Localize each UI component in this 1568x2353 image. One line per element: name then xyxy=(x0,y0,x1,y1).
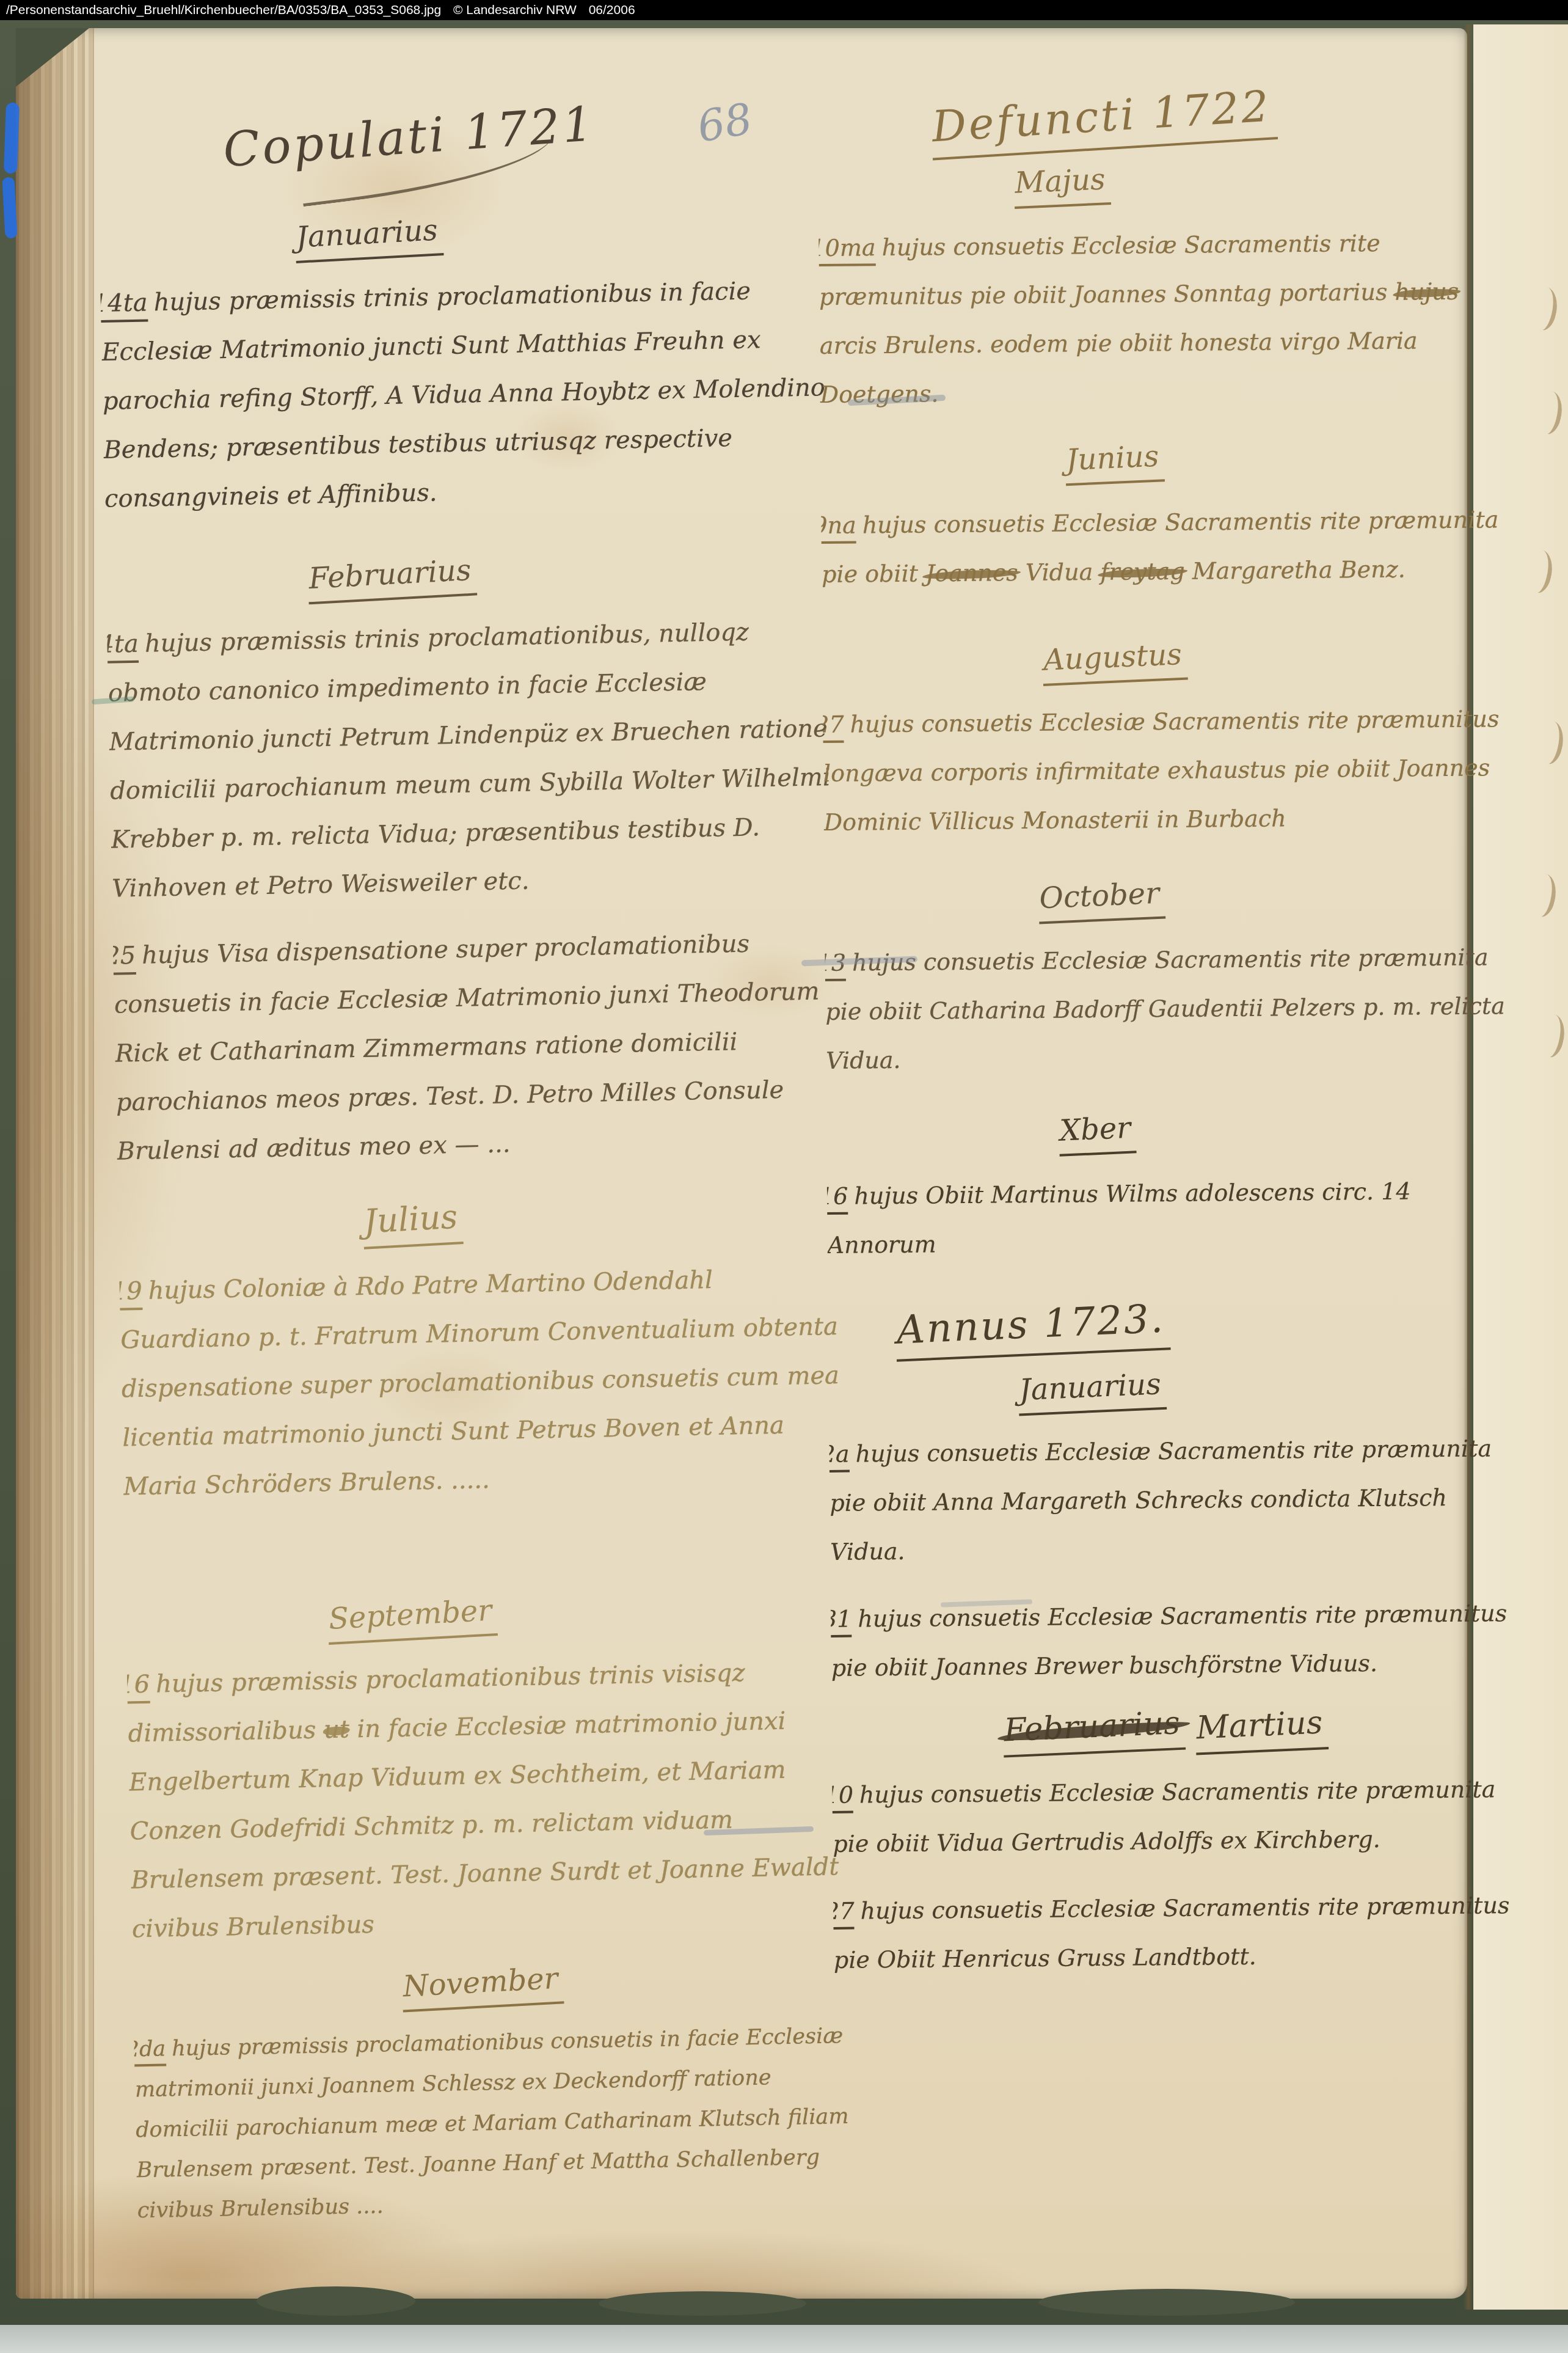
entry-text: hujus consuetis Ecclesiæ Sacramentis rit… xyxy=(831,1600,1508,1681)
entry-text: hujus præmissis trinis proclamationibus … xyxy=(101,277,825,513)
month-heading-october: October xyxy=(1038,875,1522,922)
entry-text: arcis Brulens. eodem pie obiit honesta v… xyxy=(820,327,1418,408)
struck-word: freytag xyxy=(1100,558,1185,585)
death-entry: 27hujus consuetis Ecclesiæ Sacramentis r… xyxy=(833,1881,1530,1985)
entry-text: hujus consuetis Ecclesiæ Sacramentis rit… xyxy=(834,1892,1510,1974)
month-heading-september: September xyxy=(327,1589,850,1642)
entry-text: hujus consuetis Ecclesiæ Sacramentis rit… xyxy=(825,943,1505,1074)
deaths-column: Defuncti 1722 Majus 10mahujus consuetis … xyxy=(817,67,1533,2304)
entry-text: hujus consuetis Ecclesiæ Sacramentis rit… xyxy=(819,230,1395,310)
struck-word: Joannes xyxy=(925,559,1018,587)
entry-day: 10ma xyxy=(817,234,876,266)
death-entry: 27hujus consuetis Ecclesiæ Sacramentis r… xyxy=(823,694,1520,847)
entry-text: hujus Coloniæ à Rdo Patre Martino Odenda… xyxy=(120,1266,839,1501)
entry-text: Margaretha Benz. xyxy=(1185,556,1406,585)
death-entry: 31hujus consuetis Ecclesiæ Sacramentis r… xyxy=(831,1589,1528,1692)
month-heading-december: Xber xyxy=(1059,1108,1523,1155)
entry-text: Vidua xyxy=(1018,558,1101,586)
month-heading-januarius-1723: Januarius xyxy=(1018,1366,1526,1413)
month-heading-martius: Februarius Martius xyxy=(1002,1705,1528,1755)
entry-day: 9na xyxy=(817,511,856,544)
death-entry: 16hujus Obiit Martinus Wilms adolescens … xyxy=(827,1166,1524,1270)
marriages-column: Copulati 1721 Januarius 14tahujus præmis… xyxy=(97,71,862,2303)
viewer-header-bar: /Personenstandsarchiv_Bruehl/Kirchenbuec… xyxy=(0,0,1568,20)
month-heading-januarius: Januarius xyxy=(294,208,823,261)
month-heading-julius: Julius xyxy=(362,1191,842,1248)
marriage-entry: 16hujus præmissis proclamationibus trini… xyxy=(126,1647,856,1954)
month-heading-februarius: Februarius xyxy=(307,549,830,601)
marriage-entry: 25hujus Visa dispensatione super proclam… xyxy=(113,918,841,1176)
marriage-entry: 19hujus Coloniæ à Rdo Patre Martino Oden… xyxy=(119,1253,847,1512)
torn-bottom-edge xyxy=(599,2291,806,2316)
deaths-title: Defuncti 1722 xyxy=(930,81,1515,155)
death-entry: 13hujus consuetis Ecclesiæ Sacramentis r… xyxy=(825,932,1522,1085)
scan-date-label: 06/2006 xyxy=(589,3,635,17)
month-heading-junius: Junius xyxy=(1065,437,1517,484)
year-heading-1723: Annus 1723. xyxy=(895,1298,1525,1357)
marriage-entry: 2dahujus præmissis proclamationibus cons… xyxy=(134,2016,861,2231)
copyright-label: © Landesarchiv NRW xyxy=(453,3,577,17)
entry-text: hujus præmissis trinis proclamationibus,… xyxy=(108,618,831,903)
death-entry: 2ahujus consuetis Ecclesiæ Sacramentis r… xyxy=(829,1424,1526,1576)
death-entry: 10mahujus consuetis Ecclesiæ Sacramentis… xyxy=(819,218,1517,419)
scanner-bed-strip xyxy=(0,2325,1568,2353)
entry-text: hujus præmissis proclamationibus consuet… xyxy=(135,2024,849,2223)
marriage-entry: 4tahujus præmissis trinis proclamationib… xyxy=(107,606,836,913)
death-entry: 10hujus consuetis Ecclesiæ Sacramentis r… xyxy=(832,1765,1529,1868)
entry-text: hujus consuetis Ecclesiæ Sacramentis rit… xyxy=(823,705,1500,836)
entry-text: hujus Visa dispensatione super proclamat… xyxy=(114,930,819,1166)
month-heading-november: November xyxy=(401,1958,857,2010)
month-heading-majus: Majus xyxy=(1013,160,1515,207)
entry-day: 14ta xyxy=(97,288,148,323)
struck-word: hujus xyxy=(1395,278,1459,306)
torn-corner xyxy=(16,28,89,87)
pencil-page-number: 68 xyxy=(694,93,756,152)
month-heading-augustus: Augustus xyxy=(1042,637,1519,684)
entry-text: hujus consuetis Ecclesiæ Sacramentis rit… xyxy=(830,1435,1492,1565)
struck-word: ut xyxy=(324,1716,350,1744)
struck-month: Februarius xyxy=(1002,1705,1186,1758)
marriage-entry: 14tahujus præmissis trinis proclamationi… xyxy=(100,265,828,524)
entry-text: hujus consuetis Ecclesiæ Sacramentis rit… xyxy=(833,1776,1496,1857)
death-entry: 9nahujus consuetis Ecclesiæ Sacramentis … xyxy=(821,495,1518,599)
book-spine-edge xyxy=(16,28,94,2299)
file-path-label: /Personenstandsarchiv_Bruehl/Kirchenbuec… xyxy=(6,3,441,17)
entry-text: hujus Obiit Martinus Wilms adolescens ci… xyxy=(828,1178,1411,1259)
